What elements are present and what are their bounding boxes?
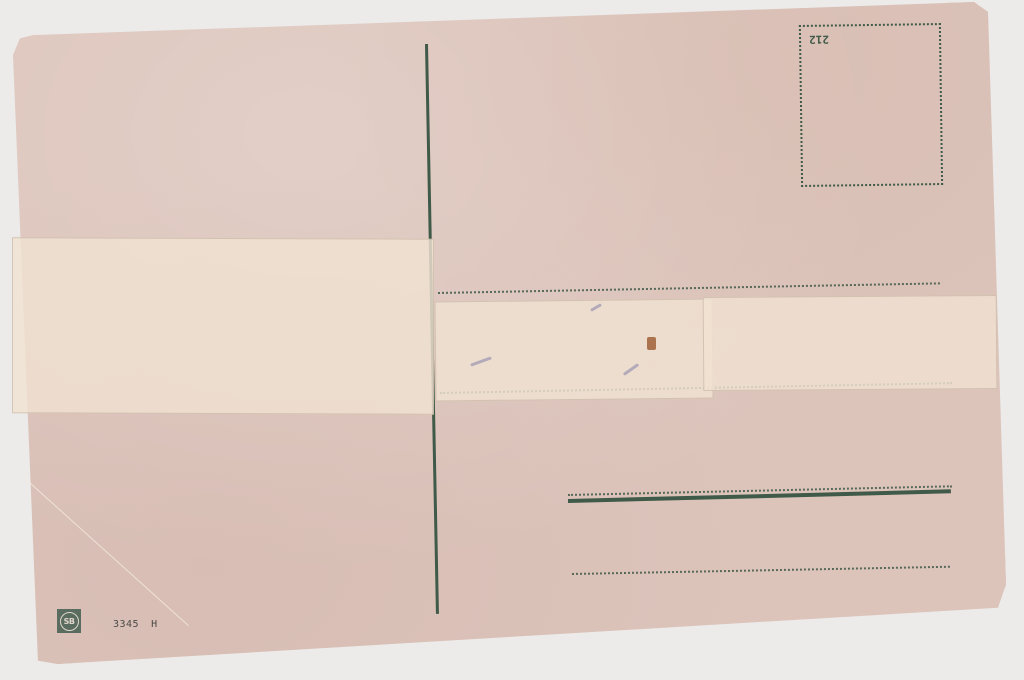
tape-strip-left (12, 237, 434, 414)
tape-strip-middle (434, 299, 713, 402)
publisher-logo-text: SB (60, 612, 79, 631)
rust-stain (647, 337, 656, 350)
stamp-box-number: 212 (809, 33, 829, 46)
stamp-box: 212 (799, 23, 943, 187)
publisher-logo: SB (57, 609, 81, 633)
catalog-suffix: H (151, 619, 158, 630)
catalog-code: 3345H (113, 619, 158, 630)
catalog-number: 3345 (113, 619, 139, 630)
tape-strip-right (703, 295, 998, 391)
